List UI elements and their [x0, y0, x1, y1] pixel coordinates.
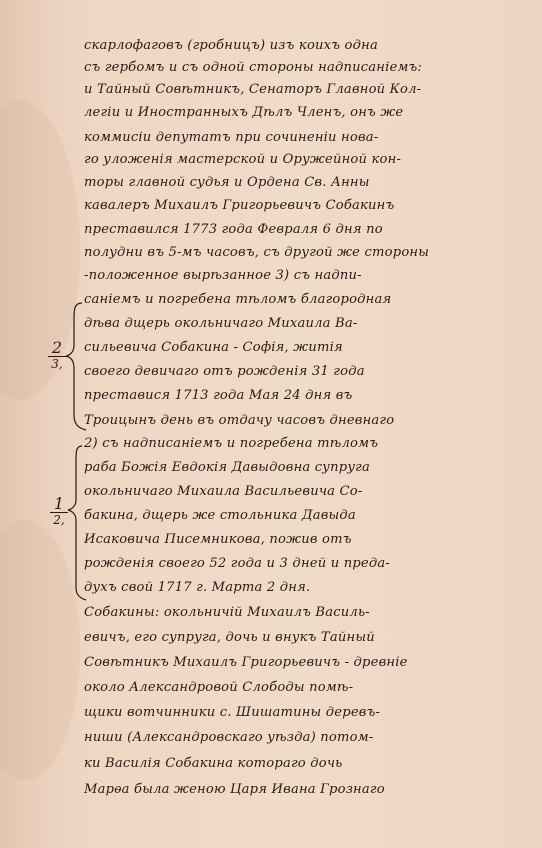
brace-lower [68, 446, 86, 600]
margin-fraction: 1 2, [50, 496, 68, 527]
margin-braces [0, 0, 542, 848]
fraction-numerator: 2 [48, 340, 66, 357]
margin-fraction: 2 3, [48, 340, 66, 371]
brace-upper [66, 303, 86, 430]
manuscript-page: скарлофаговъ (гробницъ) изъ коихъ одна с… [0, 0, 542, 848]
fraction-denominator: 3, [48, 357, 66, 371]
fraction-denominator: 2, [50, 513, 68, 527]
fraction-numerator: 1 [50, 496, 68, 513]
